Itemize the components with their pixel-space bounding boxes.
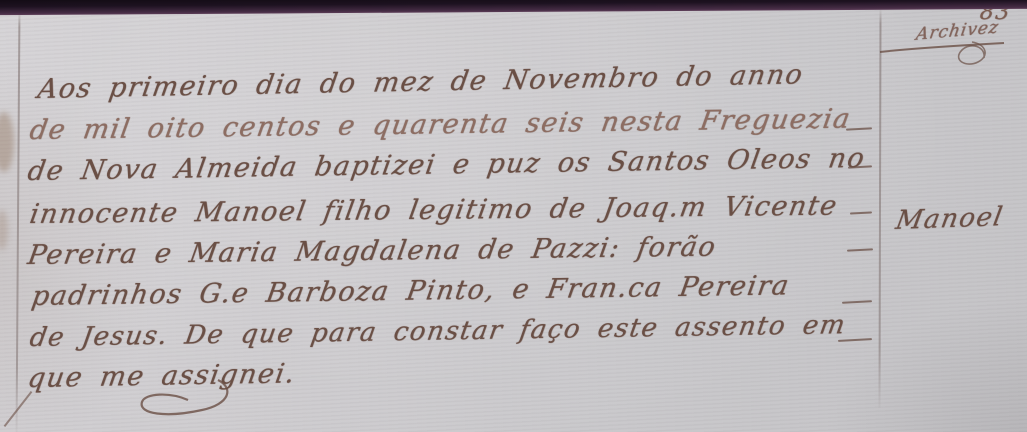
margin-name: Manoel: [893, 202, 1005, 236]
signature-flourish: [130, 378, 250, 432]
annotation-flourish: [876, 36, 1016, 76]
manuscript-photo: 83 Archivez Manoel Aos primeiro dia do m…: [0, 0, 1027, 432]
